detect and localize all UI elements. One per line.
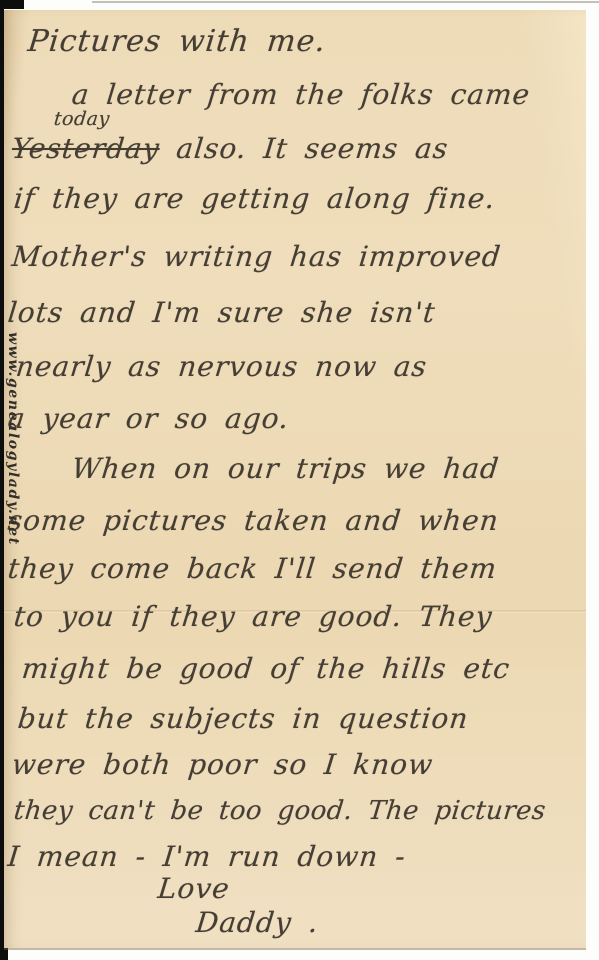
letter-line: to you if they are good. They bbox=[12, 600, 494, 633]
letter-line: When on our trips we had bbox=[70, 452, 501, 485]
watermark: www.genealogylady.net bbox=[3, 332, 21, 568]
letter-line: they can't be too good. The pictures bbox=[12, 796, 547, 826]
letter-closing: Love bbox=[156, 872, 231, 905]
letter-paper: Pictures with me. a letter from the folk… bbox=[4, 10, 586, 948]
correction-struck-word: Yesterday bbox=[10, 132, 161, 165]
letter-line: a year or so ago. bbox=[6, 402, 291, 435]
letter-line: some pictures taken and when bbox=[6, 504, 500, 537]
scan-edge-top-left bbox=[0, 0, 24, 9]
letter-line: Yesterday also. It seems as bbox=[10, 132, 450, 165]
letter-line: if they are getting along fine. bbox=[12, 182, 497, 215]
letter-line: Mother's writing has improved bbox=[10, 240, 503, 273]
letter-line: were both poor so I know bbox=[10, 748, 435, 781]
letter-signature: Daddy . bbox=[194, 906, 320, 939]
correction-inserted-word: today bbox=[53, 108, 111, 130]
letter-line: they come back I'll send them bbox=[6, 552, 499, 585]
letter-line: Pictures with me. bbox=[26, 24, 328, 59]
letter-line: nearly as nervous now as bbox=[14, 350, 429, 383]
letter-line: might be good of the hills etc bbox=[20, 652, 511, 685]
letter-line: I mean - I'm run down - bbox=[6, 840, 407, 873]
letter-line: but the subjects in question bbox=[16, 702, 470, 735]
letter-line: lots and I'm sure she isn't bbox=[6, 296, 437, 329]
letter-line: a letter from the folks came bbox=[70, 78, 532, 111]
letter-line-text: also. It seems as bbox=[175, 132, 450, 165]
scan-top-line bbox=[92, 1, 599, 3]
